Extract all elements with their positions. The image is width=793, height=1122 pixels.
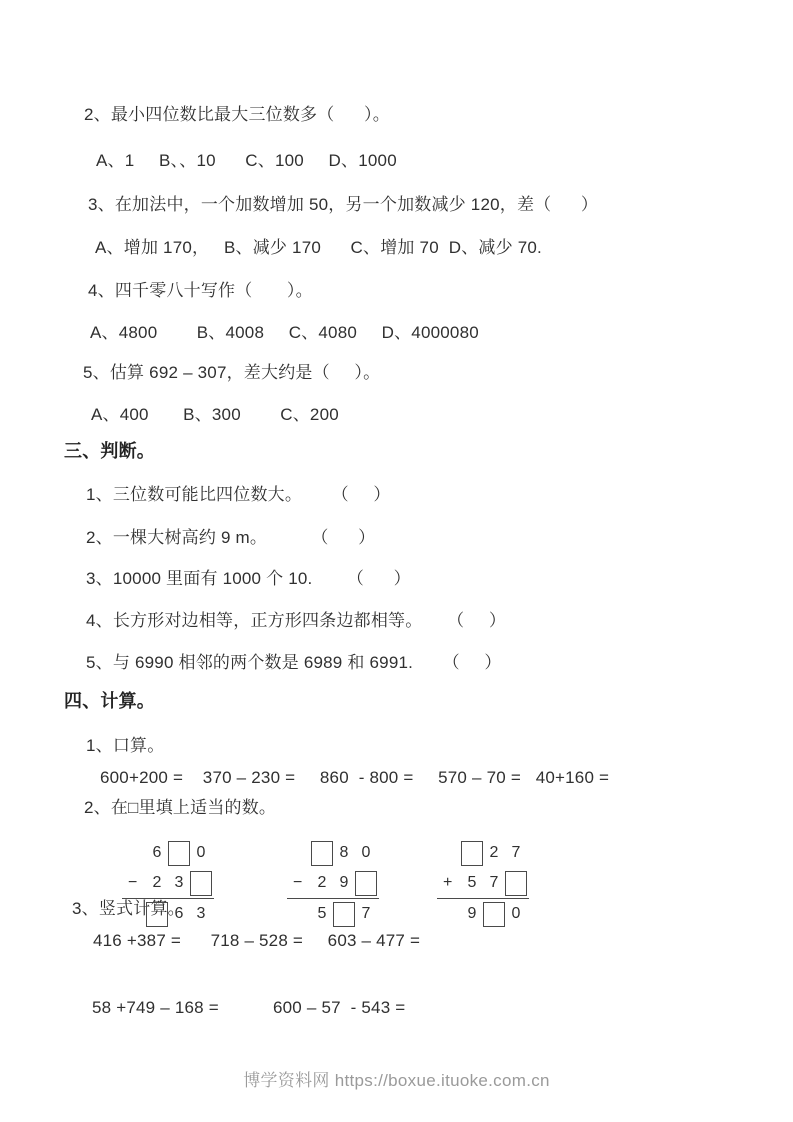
digit-cell: 7 — [483, 868, 505, 898]
digit-cell: 9 — [333, 868, 355, 898]
choice-options-2: A、1 B、、10 C、100 D、1000 — [96, 150, 397, 172]
fill-box-cell — [355, 868, 377, 898]
operator-cell — [443, 899, 461, 929]
fill-box-label: 2、在□里填上适当的数。 — [84, 797, 276, 819]
choice-options-4: A、4800 B、4008 C、4080 D、4000080 — [90, 322, 479, 344]
digit-cell: 0 — [505, 899, 527, 929]
operator-cell — [128, 838, 146, 868]
digit-cell: 5 — [461, 868, 483, 898]
page-footer: 博学资料网 https://boxue.ituoke.com.cn — [0, 1066, 793, 1091]
digit-cell: 8 — [333, 838, 355, 868]
column-problem-1: 60 −23 63 — [128, 838, 214, 929]
footer-site-link[interactable]: 博学资料网 https://boxue.ituoke.com.cn — [243, 1071, 550, 1090]
fill-box-cell — [483, 899, 505, 929]
answer-box[interactable] — [333, 902, 355, 927]
fill-box-cell — [333, 899, 355, 929]
judge-item-3: 3、10000 里面有 1000 个 10. （ ） — [86, 568, 411, 590]
oral-calc-label: 1、口算。 — [86, 735, 164, 757]
judge-item-4: 4、长方形对边相等，正方形四条边都相等。 （ ） — [86, 610, 506, 632]
digit-cell: 0 — [190, 838, 212, 868]
answer-box[interactable] — [483, 902, 505, 927]
column-problem-3: 27 +57 90 — [443, 838, 529, 929]
fill-box-cell — [461, 838, 483, 868]
choice-options-5: A、400 B、300 C、200 — [91, 404, 339, 426]
digit-cell: 5 — [311, 899, 333, 929]
operator-number-row: −23 — [128, 868, 214, 898]
judge-item-1: 1、三位数可能比四位数大。 （ ） — [86, 484, 391, 506]
fill-box-cell — [168, 838, 190, 868]
operator-cell — [128, 899, 146, 929]
choice-question-2: 2、最小四位数比最大三位数多（ ）。 — [84, 104, 390, 126]
digit-cell: 7 — [505, 838, 527, 868]
digit-cell: 0 — [355, 838, 377, 868]
top-number-row: 60 — [128, 838, 214, 868]
answer-box[interactable] — [355, 871, 377, 896]
operator-cell — [293, 899, 311, 929]
fill-box-cell — [311, 838, 333, 868]
answer-box[interactable] — [461, 841, 483, 866]
top-number-row: 27 — [443, 838, 529, 868]
judge-item-5: 5、与 6990 相邻的两个数是 6989 和 6991. （ ） — [86, 652, 502, 674]
judge-item-2: 2、一棵大树高约 9 m。 （ ） — [86, 527, 375, 549]
answer-box[interactable] — [505, 871, 527, 896]
digit-cell: 3 — [190, 899, 212, 929]
answer-row: 57 — [293, 899, 379, 929]
column-problem-2: 80 −29 57 — [293, 838, 379, 929]
answer-box[interactable] — [311, 841, 333, 866]
vertical-calc-problems-2: 58 +749 – 168 = 600 – 57 - 543 = — [92, 997, 405, 1019]
choice-question-3: 3、在加法中，一个加数增加 50，另一个加数减少 120，差（ ） — [88, 194, 598, 216]
digit-cell: 9 — [461, 899, 483, 929]
operator-cell: − — [128, 868, 146, 898]
answer-row: 63 — [128, 899, 214, 929]
digit-cell: 6 — [146, 838, 168, 868]
operator-cell — [293, 838, 311, 868]
vertical-calc-problems-1: 416 +387 = 718 – 528 = 603 – 477 = — [93, 930, 420, 952]
fill-box-cell — [190, 868, 212, 898]
answer-box[interactable] — [146, 902, 168, 927]
section-title-calc: 四、计算。 — [64, 690, 155, 712]
top-number-row: 80 — [293, 838, 379, 868]
digit-cell: 7 — [355, 899, 377, 929]
operator-number-row: +57 — [443, 868, 529, 898]
fill-box-cell — [146, 899, 168, 929]
operator-cell: + — [443, 868, 461, 898]
choice-options-3: A、增加 170， B、减少 170 C、增加 70 D、减少 70. — [95, 237, 542, 259]
choice-question-5: 5、估算 692 – 307，差大约是（ ）。 — [83, 362, 380, 384]
answer-box[interactable] — [190, 871, 212, 896]
choice-question-4: 4、四千零八十写作（ ）。 — [88, 280, 313, 302]
section-title-judge: 三、判断。 — [64, 440, 155, 462]
digit-cell: 2 — [146, 868, 168, 898]
oral-calc-problems: 600+200 = 370 – 230 = 860 - 800 = 570 – … — [100, 767, 609, 789]
answer-box[interactable] — [168, 841, 190, 866]
fill-box-cell — [505, 868, 527, 898]
operator-number-row: −29 — [293, 868, 379, 898]
worksheet-page: 2、最小四位数比最大三位数多（ ）。 A、1 B、、10 C、100 D、100… — [0, 0, 793, 1122]
digit-cell: 2 — [483, 838, 505, 868]
digit-cell: 3 — [168, 868, 190, 898]
digit-cell: 6 — [168, 899, 190, 929]
answer-row: 90 — [443, 899, 529, 929]
operator-cell — [443, 838, 461, 868]
operator-cell: − — [293, 868, 311, 898]
digit-cell: 2 — [311, 868, 333, 898]
